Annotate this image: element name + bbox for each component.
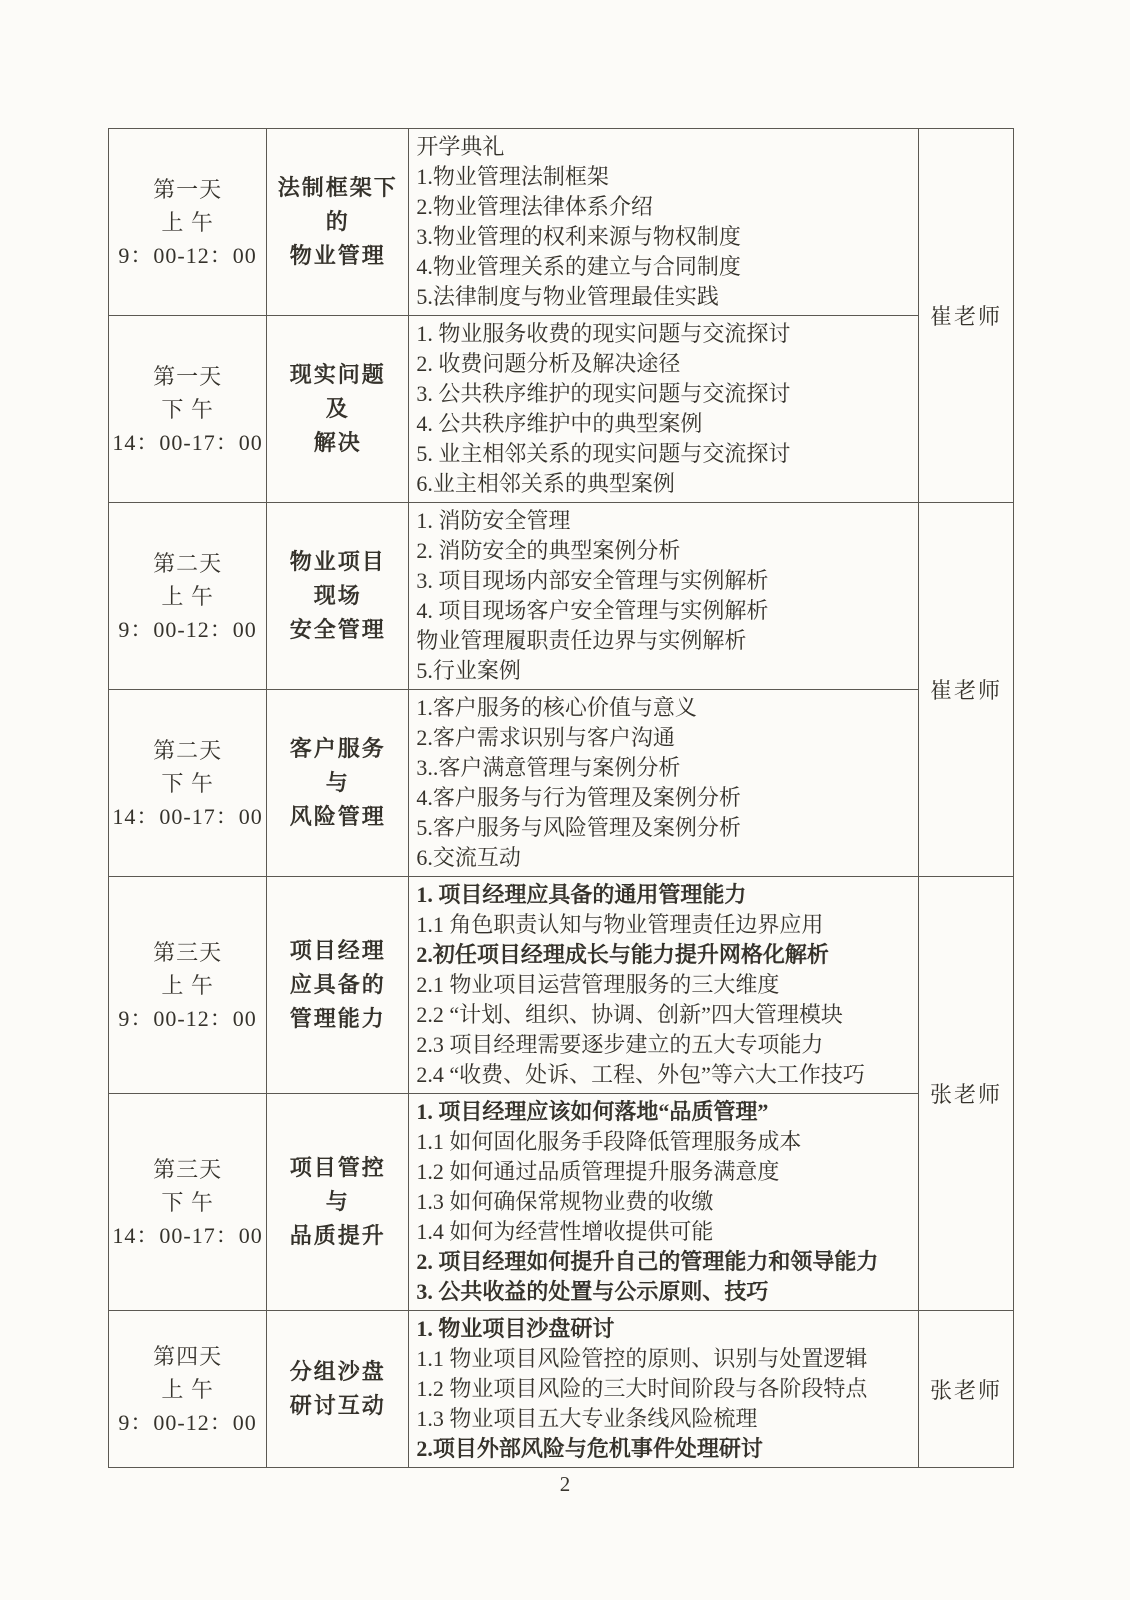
content-line: 1. 物业项目沙盘研讨 xyxy=(416,1314,914,1344)
course-title-line: 法制框架下 xyxy=(267,171,408,205)
session-day: 第一天 xyxy=(109,173,266,206)
content-line: 6.交流互动 xyxy=(416,843,914,873)
course-content-cell: 1.客户服务的核心价值与意义2.客户需求识别与客户沟通3..客户满意管理与案例分… xyxy=(409,690,919,877)
session-time-cell: 第四天上 午9：00-12：00 xyxy=(109,1311,267,1468)
course-title-cell: 分组沙盘研讨互动 xyxy=(267,1311,409,1468)
course-title-line: 管理能力 xyxy=(267,1002,408,1036)
content-line: 5. 业主相邻关系的现实问题与交流探讨 xyxy=(416,439,914,469)
content-line: 1.2 如何通过品质管理提升服务满意度 xyxy=(416,1157,914,1187)
session-hours: 9：00-12：00 xyxy=(109,613,266,646)
course-title-line: 及 xyxy=(267,392,408,426)
session-day: 第四天 xyxy=(109,1340,266,1373)
schedule-row: 第三天下 午14：00-17：00项目管控与品质提升1. 项目经理应该如何落地“… xyxy=(109,1094,1014,1311)
teacher-cell: 张老师 xyxy=(918,1311,1013,1468)
session-hours: 14：00-17：00 xyxy=(109,800,266,833)
content-line: 1.1 如何固化服务手段降低管理服务成本 xyxy=(416,1127,914,1157)
schedule-row: 第三天上 午9：00-12：00项目经理应具备的管理能力1. 项目经理应具备的通… xyxy=(109,877,1014,1094)
course-title-line: 安全管理 xyxy=(267,613,408,647)
session-day: 第一天 xyxy=(109,360,266,393)
schedule-row: 第一天下 午14：00-17：00现实问题及解决1. 物业服务收费的现实问题与交… xyxy=(109,316,1014,503)
content-line: 6.业主相邻关系的典型案例 xyxy=(416,469,914,499)
content-line: 1. 物业服务收费的现实问题与交流探讨 xyxy=(416,319,914,349)
session-day: 第二天 xyxy=(109,734,266,767)
content-line: 3.物业管理的权利来源与物权制度 xyxy=(416,222,914,252)
session-time-cell: 第一天上 午9：00-12：00 xyxy=(109,129,267,316)
course-content-cell: 1. 消防安全管理2. 消防安全的典型案例分析3. 项目现场内部安全管理与实例解… xyxy=(409,503,919,690)
content-line: 2.3 项目经理需要逐步建立的五大专项能力 xyxy=(416,1030,914,1060)
content-line: 3. 项目现场内部安全管理与实例解析 xyxy=(416,566,914,596)
course-title-line: 物业项目 xyxy=(267,545,408,579)
course-content-cell: 开学典礼1.物业管理法制框架2.物业管理法律体系介绍3.物业管理的权利来源与物权… xyxy=(409,129,919,316)
content-line: 1. 消防安全管理 xyxy=(416,506,914,536)
teacher-cell: 崔老师 xyxy=(918,129,1013,503)
session-hours: 9：00-12：00 xyxy=(109,1406,266,1439)
content-line: 1.4 如何为经营性增收提供可能 xyxy=(416,1217,914,1247)
course-content-cell: 1. 项目经理应该如何落地“品质管理”1.1 如何固化服务手段降低管理服务成本1… xyxy=(409,1094,919,1311)
content-line: 3. 公共秩序维护的现实问题与交流探讨 xyxy=(416,379,914,409)
session-hours: 14：00-17：00 xyxy=(109,426,266,459)
content-line: 1.1 角色职责认知与物业管理责任边界应用 xyxy=(416,910,914,940)
schedule-table-body: 第一天上 午9：00-12：00法制框架下的物业管理开学典礼1.物业管理法制框架… xyxy=(109,129,1014,1468)
session-hours: 9：00-12：00 xyxy=(109,1002,266,1035)
course-title-cell: 项目管控与品质提升 xyxy=(267,1094,409,1311)
session-hours: 14：00-17：00 xyxy=(109,1219,266,1252)
content-line: 2.物业管理法律体系介绍 xyxy=(416,192,914,222)
course-title-line: 项目管控 xyxy=(267,1151,408,1185)
schedule-row: 第二天上 午9：00-12：00物业项目现场安全管理1. 消防安全管理2. 消防… xyxy=(109,503,1014,690)
session-period: 下 午 xyxy=(109,393,266,426)
session-period: 上 午 xyxy=(109,580,266,613)
session-hours: 9：00-12：00 xyxy=(109,239,266,272)
content-line: 2.项目外部风险与危机事件处理研讨 xyxy=(416,1434,914,1464)
session-time-cell: 第三天上 午9：00-12：00 xyxy=(109,877,267,1094)
schedule-row: 第四天上 午9：00-12：00分组沙盘研讨互动1. 物业项目沙盘研讨1.1 物… xyxy=(109,1311,1014,1468)
course-title-line: 分组沙盘 xyxy=(267,1355,408,1389)
course-title-line: 客户服务 xyxy=(267,732,408,766)
teacher-cell: 崔老师 xyxy=(918,503,1013,877)
course-title-line: 应具备的 xyxy=(267,968,408,1002)
content-line: 2.4 “收费、处诉、工程、外包”等六大工作技巧 xyxy=(416,1060,914,1090)
session-period: 上 午 xyxy=(109,206,266,239)
content-line: 3..客户满意管理与案例分析 xyxy=(416,753,914,783)
document-page: 第一天上 午9：00-12：00法制框架下的物业管理开学典礼1.物业管理法制框架… xyxy=(0,0,1130,1600)
course-content-cell: 1. 物业项目沙盘研讨1.1 物业项目风险管控的原则、识别与处置逻辑1.2 物业… xyxy=(409,1311,919,1468)
teacher-name: 崔老师 xyxy=(919,300,1013,331)
course-title-line: 研讨互动 xyxy=(267,1389,408,1423)
session-period: 下 午 xyxy=(109,1186,266,1219)
content-line: 1.物业管理法制框架 xyxy=(416,162,914,192)
content-line: 2. 消防安全的典型案例分析 xyxy=(416,536,914,566)
session-time-cell: 第二天下 午14：00-17：00 xyxy=(109,690,267,877)
content-line: 2. 收费问题分析及解决途径 xyxy=(416,349,914,379)
content-line: 5.客户服务与风险管理及案例分析 xyxy=(416,813,914,843)
content-line: 1.1 物业项目风险管控的原则、识别与处置逻辑 xyxy=(416,1344,914,1374)
course-title-line: 与 xyxy=(267,1185,408,1219)
session-day: 第二天 xyxy=(109,547,266,580)
teacher-name: 崔老师 xyxy=(919,674,1013,705)
content-line: 4.客户服务与行为管理及案例分析 xyxy=(416,783,914,813)
content-line: 1.2 物业项目风险的三大时间阶段与各阶段特点 xyxy=(416,1374,914,1404)
schedule-table: 第一天上 午9：00-12：00法制框架下的物业管理开学典礼1.物业管理法制框架… xyxy=(108,128,1014,1468)
content-line: 2.1 物业项目运营管理服务的三大维度 xyxy=(416,970,914,1000)
content-line: 1.客户服务的核心价值与意义 xyxy=(416,693,914,723)
content-line: 2.2 “计划、组织、协调、创新”四大管理模块 xyxy=(416,1000,914,1030)
teacher-name: 张老师 xyxy=(919,1374,1013,1405)
course-title-cell: 现实问题及解决 xyxy=(267,316,409,503)
course-title-line: 项目经理 xyxy=(267,934,408,968)
content-line: 物业管理履职责任边界与实例解析 xyxy=(416,626,914,656)
page-number: 2 xyxy=(0,1472,1130,1497)
content-line: 1.3 如何确保常规物业费的收缴 xyxy=(416,1187,914,1217)
course-title-cell: 物业项目现场安全管理 xyxy=(267,503,409,690)
content-line: 2.初任项目经理成长与能力提升网格化解析 xyxy=(416,940,914,970)
content-line: 4. 项目现场客户安全管理与实例解析 xyxy=(416,596,914,626)
content-line: 3. 公共收益的处置与公示原则、技巧 xyxy=(416,1277,914,1307)
session-period: 下 午 xyxy=(109,767,266,800)
session-period: 上 午 xyxy=(109,969,266,1002)
content-line: 2.客户需求识别与客户沟通 xyxy=(416,723,914,753)
session-day: 第三天 xyxy=(109,1153,266,1186)
course-title-line: 与 xyxy=(267,766,408,800)
schedule-row: 第二天下 午14：00-17：00客户服务与风险管理1.客户服务的核心价值与意义… xyxy=(109,690,1014,877)
course-title-line: 风险管理 xyxy=(267,800,408,834)
content-line: 5.行业案例 xyxy=(416,656,914,686)
course-title-cell: 法制框架下的物业管理 xyxy=(267,129,409,316)
session-day: 第三天 xyxy=(109,936,266,969)
session-period: 上 午 xyxy=(109,1373,266,1406)
course-title-cell: 客户服务与风险管理 xyxy=(267,690,409,877)
session-time-cell: 第三天下 午14：00-17：00 xyxy=(109,1094,267,1311)
course-title-line: 的 xyxy=(267,205,408,239)
course-title-line: 现场 xyxy=(267,579,408,613)
session-time-cell: 第一天下 午14：00-17：00 xyxy=(109,316,267,503)
course-title-line: 物业管理 xyxy=(267,239,408,273)
content-line: 开学典礼 xyxy=(416,132,914,162)
teacher-name: 张老师 xyxy=(919,1078,1013,1109)
course-content-cell: 1. 物业服务收费的现实问题与交流探讨2. 收费问题分析及解决途径3. 公共秩序… xyxy=(409,316,919,503)
schedule-row: 第一天上 午9：00-12：00法制框架下的物业管理开学典礼1.物业管理法制框架… xyxy=(109,129,1014,316)
content-line: 4. 公共秩序维护中的典型案例 xyxy=(416,409,914,439)
course-content-cell: 1. 项目经理应具备的通用管理能力1.1 角色职责认知与物业管理责任边界应用2.… xyxy=(409,877,919,1094)
teacher-cell: 张老师 xyxy=(918,877,1013,1311)
course-title-line: 现实问题 xyxy=(267,358,408,392)
content-line: 1. 项目经理应该如何落地“品质管理” xyxy=(416,1097,914,1127)
content-line: 1. 项目经理应具备的通用管理能力 xyxy=(416,880,914,910)
course-title-cell: 项目经理应具备的管理能力 xyxy=(267,877,409,1094)
session-time-cell: 第二天上 午9：00-12：00 xyxy=(109,503,267,690)
content-line: 2. 项目经理如何提升自己的管理能力和领导能力 xyxy=(416,1247,914,1277)
course-title-line: 品质提升 xyxy=(267,1219,408,1253)
content-line: 5.法律制度与物业管理最佳实践 xyxy=(416,282,914,312)
content-line: 1.3 物业项目五大专业条线风险梳理 xyxy=(416,1404,914,1434)
content-line: 4.物业管理关系的建立与合同制度 xyxy=(416,252,914,282)
course-title-line: 解决 xyxy=(267,426,408,460)
